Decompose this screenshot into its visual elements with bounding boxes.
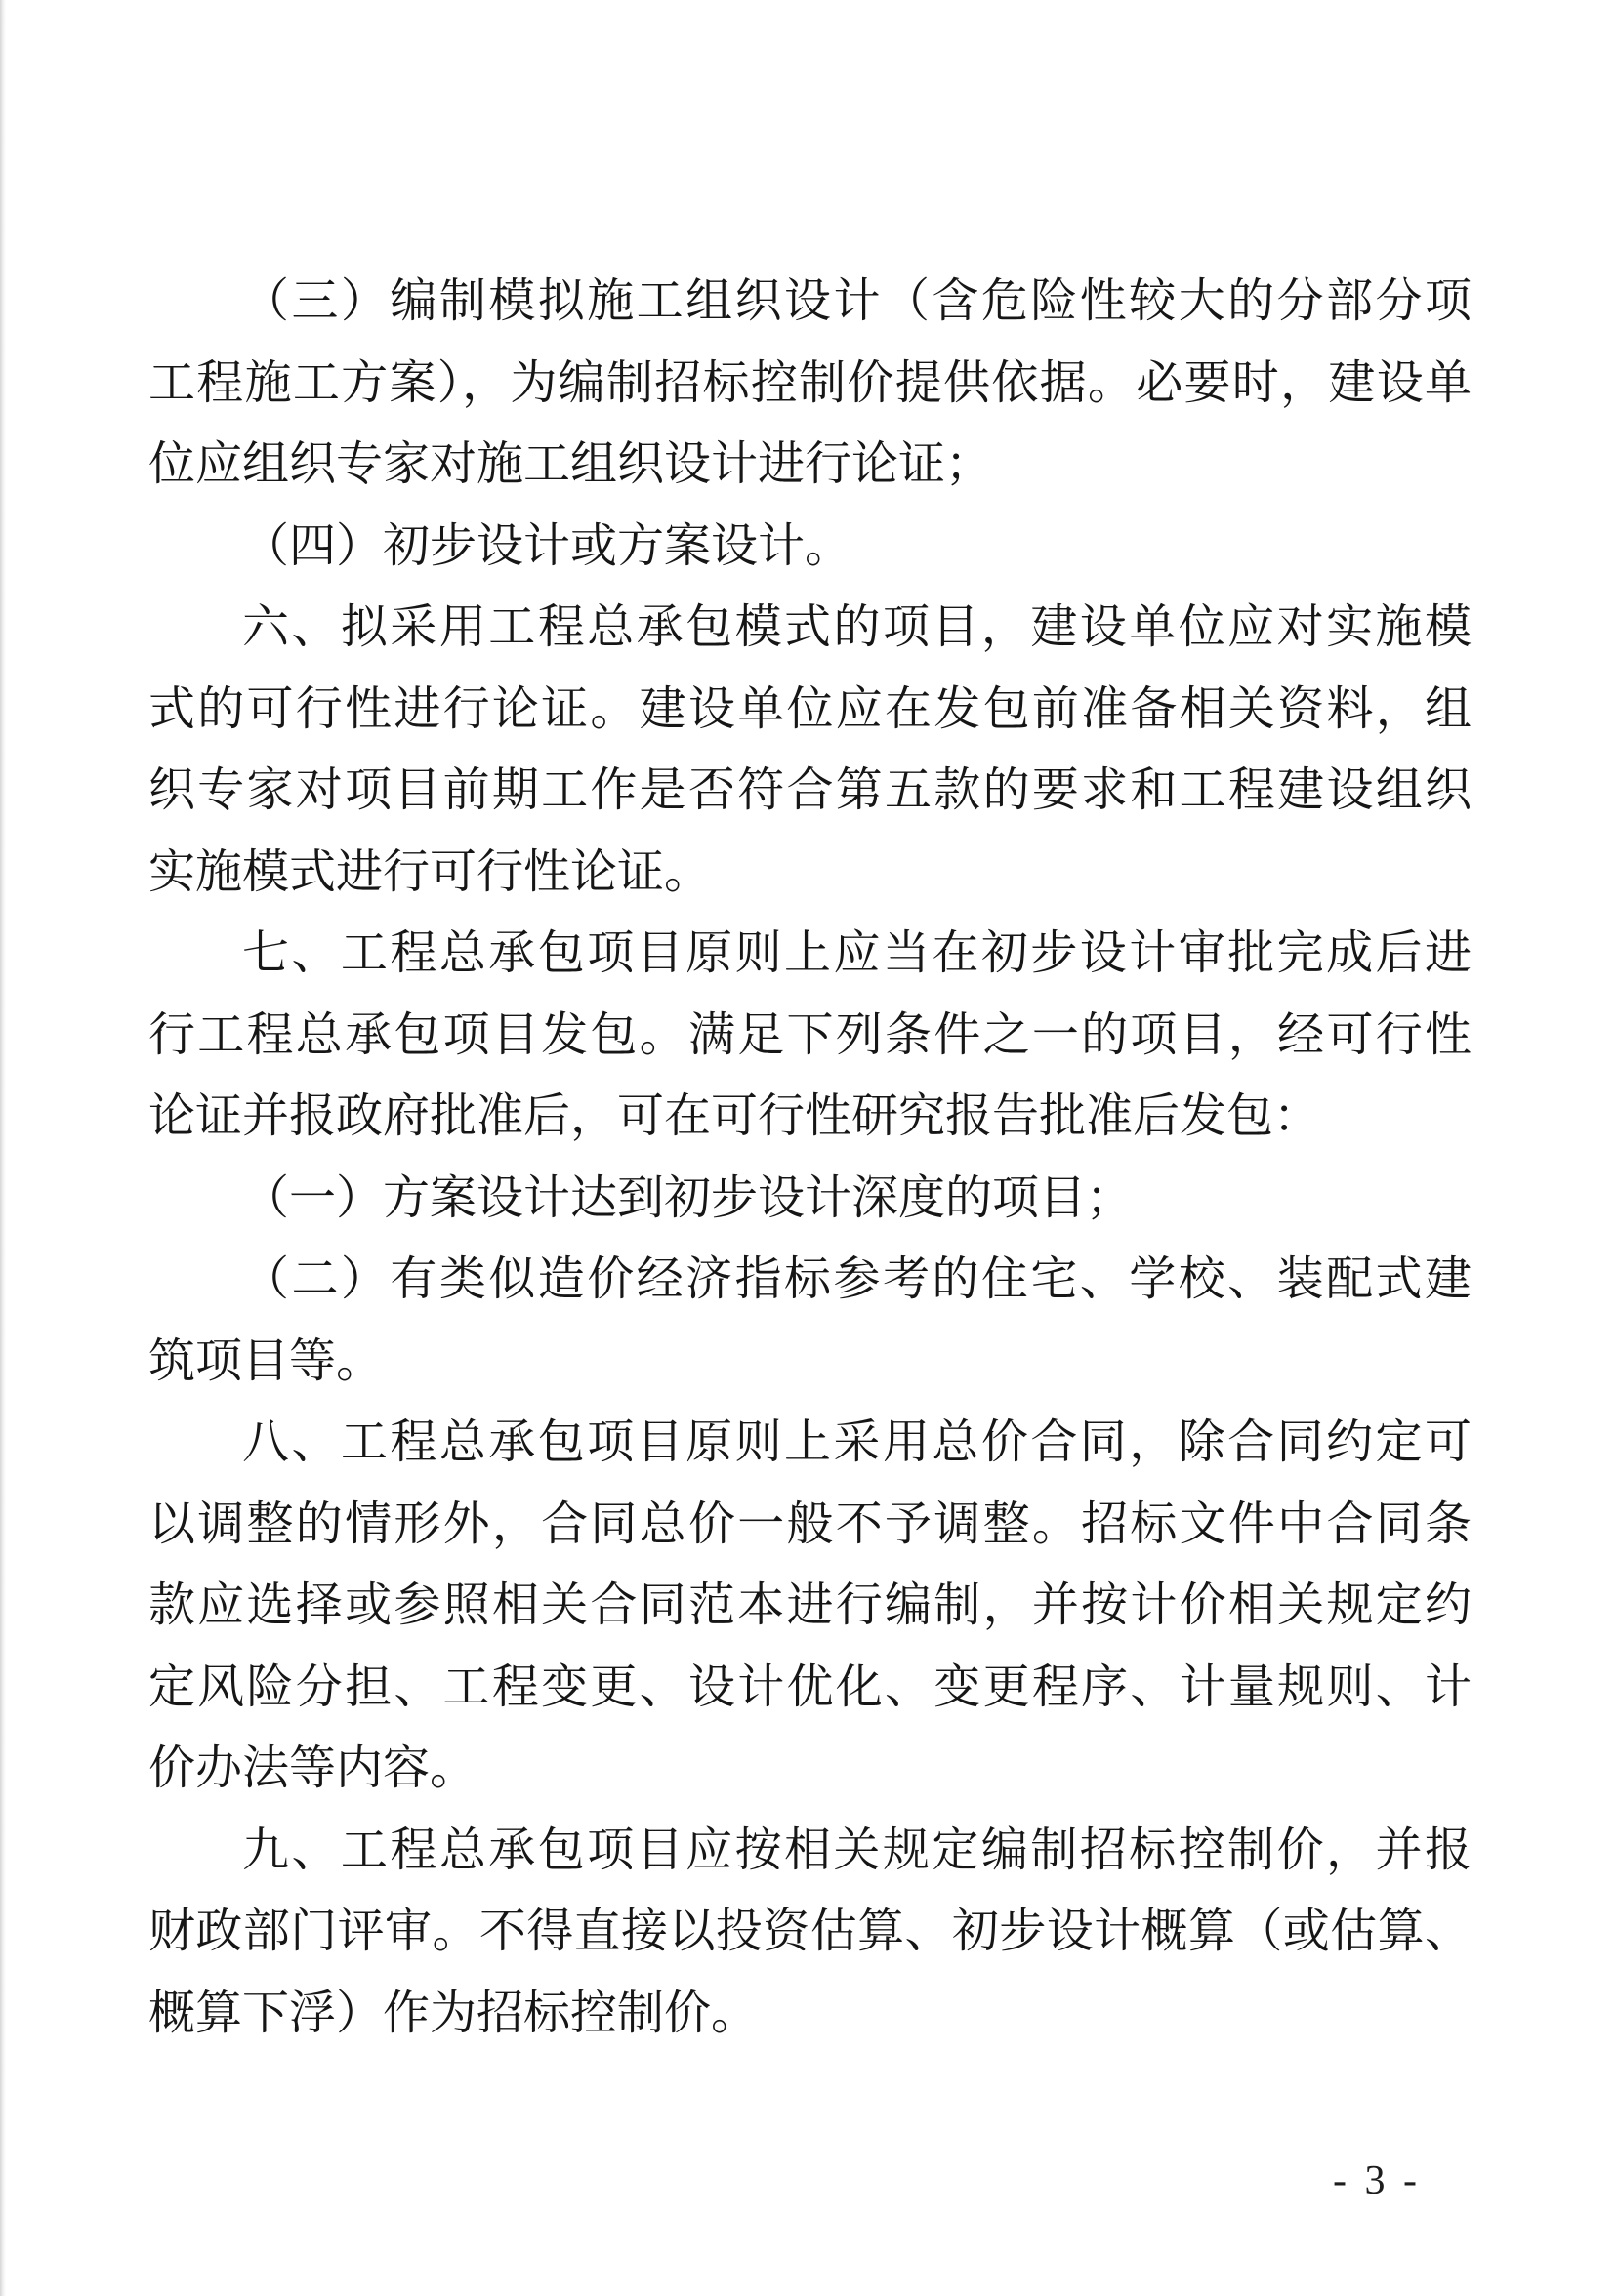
text-line: 七、工程总承包项目原则上应当在初步设计审批完成后进 xyxy=(148,913,1472,995)
text-line: （四）初步设计或方案设计。 xyxy=(148,506,1472,588)
page-number: - 3 - xyxy=(1304,2153,1450,2208)
text-line: 以调整的情形外，合同总价一般不予调整。招标文件中合同条 xyxy=(148,1484,1472,1566)
text-line: 工程施工方案），为编制招标控制价提供依据。必要时，建设单 xyxy=(148,343,1472,425)
text-line: （二）有类似造价经济指标参考的住宅、学校、装配式建 xyxy=(148,1239,1472,1321)
text-line: 论证并报政府批准后，可在可行性研究报告批准后发包： xyxy=(148,1076,1472,1158)
text-line: 概算下浮）作为招标控制价。 xyxy=(148,1973,1472,2055)
text-line: 定风险分担、工程变更、设计优化、变更程序、计量规则、计 xyxy=(148,1647,1472,1729)
text-line: 位应组织专家对施工组织设计进行论证； xyxy=(148,424,1472,506)
text-line: （一）方案设计达到初步设计深度的项目； xyxy=(148,1158,1472,1240)
text-line: 财政部门评审。不得直接以投资估算、初步设计概算（或估算、 xyxy=(148,1891,1472,1973)
text-line: 款应选择或参照相关合同范本进行编制，并按计价相关规定约 xyxy=(148,1565,1472,1647)
scan-edge-shadow xyxy=(0,0,6,2296)
scanned-document-page: （三）编制模拟施工组织设计（含危险性较大的分部分项工程施工方案），为编制招标控制… xyxy=(0,0,1618,2296)
text-line: 实施模式进行可行性论证。 xyxy=(148,832,1472,914)
text-line: 织专家对项目前期工作是否符合第五款的要求和工程建设组织 xyxy=(148,750,1472,832)
text-line: 六、拟采用工程总承包模式的项目，建设单位应对实施模 xyxy=(148,587,1472,669)
text-line: （三）编制模拟施工组织设计（含危险性较大的分部分项 xyxy=(148,261,1472,343)
text-line: 行工程总承包项目发包。满足下列条件之一的项目，经可行性 xyxy=(148,995,1472,1077)
text-line: 价办法等内容。 xyxy=(148,1728,1472,1810)
text-line: 式的可行性进行论证。建设单位应在发包前准备相关资料，组 xyxy=(148,669,1472,751)
text-line: 筑项目等。 xyxy=(148,1321,1472,1403)
text-line: 九、工程总承包项目应按相关规定编制招标控制价，并报 xyxy=(148,1810,1472,1892)
document-body: （三）编制模拟施工组织设计（含危险性较大的分部分项工程施工方案），为编制招标控制… xyxy=(148,261,1472,2054)
text-line: 八、工程总承包项目原则上采用总价合同，除合同约定可 xyxy=(148,1402,1472,1484)
